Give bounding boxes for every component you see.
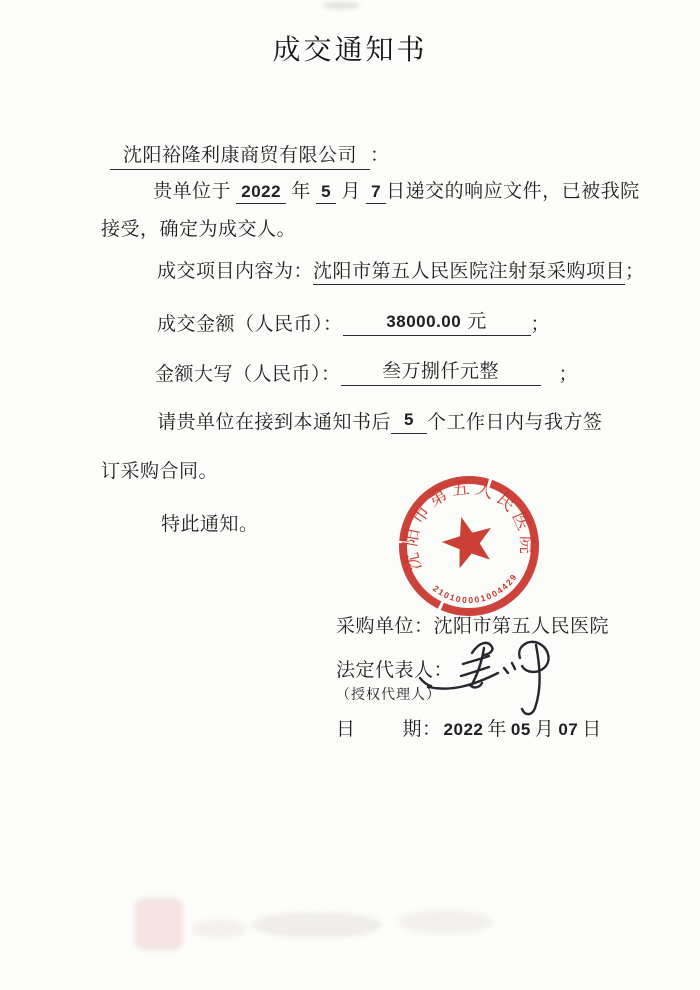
deadline-prefix: 请贵单位在接到本通知书后 [157, 412, 391, 433]
project-label: 成交项目内容为： [157, 261, 313, 282]
amount-number: 38000.00 [386, 312, 461, 331]
agent-note: （授权代理人） [336, 684, 441, 704]
amount-semicolon: ； [531, 314, 551, 335]
amount-unit: 元 [467, 311, 487, 332]
scan-artifact [252, 912, 382, 938]
intro-prefix: 贵单位于 [153, 181, 231, 202]
amount-blank: 38000.00元 [343, 306, 531, 336]
date-line: 日期：2022年05月07日 [336, 714, 604, 741]
official-seal: 沈阳市第五人民医院 210100001004429 [387, 464, 552, 629]
date-day-unit: 日 [582, 719, 602, 740]
deadline-line-2: 订采购合同。 [101, 456, 218, 483]
amount-words-blank: 叁万捌仟元整 [341, 356, 541, 386]
date-year: 2022 [444, 720, 484, 739]
date-month: 05 [511, 720, 531, 739]
scan-artifact [398, 910, 493, 934]
award-notice-document: 成交通知书 沈阳裕隆利康商贸有限公司： 贵单位于 2022 年 5 月 7日递交… [0, 0, 700, 990]
intro-line-1: 贵单位于 2022 年 5 月 7日递交的响应文件，已被我院 [153, 176, 640, 203]
scan-artifact [135, 898, 183, 950]
deadline-days: 5 [404, 410, 414, 429]
amount-words-label: 金额大写（人民币）： [155, 364, 341, 385]
project-name: 沈阳市第五人民医院注射泵采购项目 [313, 261, 625, 285]
date-month-unit: 月 [535, 719, 555, 740]
closing-line: 特此通知。 [161, 509, 259, 536]
date-day: 07 [558, 720, 578, 739]
submission-day: 7 [366, 182, 386, 204]
recipient-line: 沈阳裕隆利康商贸有限公司： [110, 140, 390, 167]
deadline-suffix: 个工作日内与我方签 [427, 412, 603, 433]
project-line: 成交项目内容为：沈阳市第五人民医院注射泵采购项目； [157, 256, 645, 283]
year-unit: 年 [291, 181, 311, 202]
date-label-2: 期： [403, 719, 442, 740]
amount-words-semicolon: ； [559, 364, 579, 385]
submission-year: 2022 [236, 182, 286, 204]
month-unit: 月 [341, 181, 361, 202]
date-year-unit: 年 [487, 719, 507, 740]
amount-in-words-line: 金额大写（人民币）：叁万捌仟元整； [155, 356, 578, 386]
recipient-name: 沈阳裕隆利康商贸有限公司 [110, 145, 370, 170]
scan-artifact [192, 920, 247, 938]
intro-rest: 日递交的响应文件，已被我院 [386, 181, 640, 202]
amount-line: 成交金额（人民币）：38000.00元； [157, 306, 550, 336]
page-title: 成交通知书 [0, 28, 700, 68]
submission-month: 5 [316, 182, 336, 204]
scan-artifact [322, 2, 360, 9]
deadline-line-1: 请贵单位在接到本通知书后5个工作日内与我方签 [157, 407, 603, 434]
intro-line-2: 接受，确定为成交人。 [101, 214, 296, 241]
deadline-days-blank: 5 [391, 409, 427, 434]
seal-star-icon [439, 514, 495, 570]
legal-rep-signature [416, 628, 576, 723]
amount-words-value: 叁万捌仟元整 [382, 361, 499, 382]
date-label-1: 日 [336, 719, 356, 740]
recipient-colon: ： [370, 145, 390, 166]
project-semicolon: ； [625, 261, 645, 282]
amount-label: 成交金额（人民币）： [157, 314, 343, 335]
